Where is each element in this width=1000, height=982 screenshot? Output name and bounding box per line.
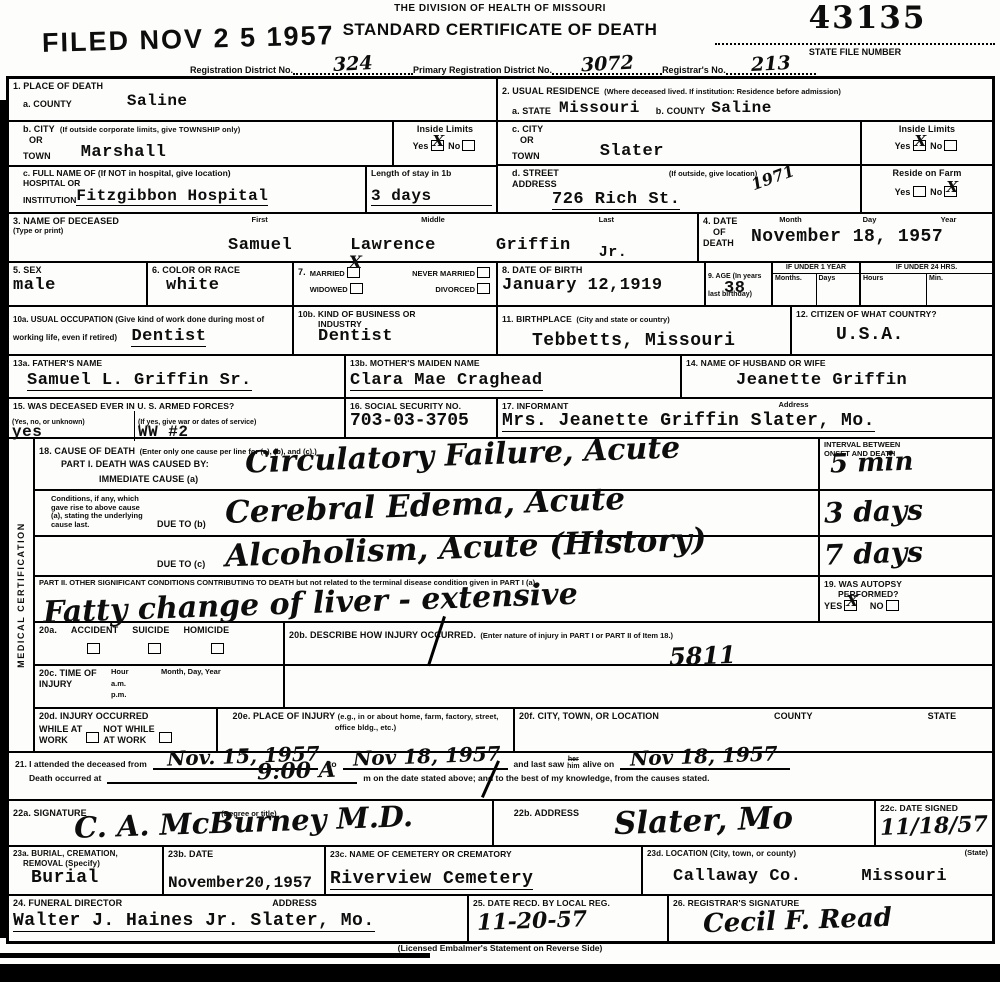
- section-date-of-birth: 8. DATE OF BIRTH January 12,1919: [498, 263, 706, 305]
- autopsy-no-label: NO: [870, 601, 884, 611]
- race-label: 6. COLOR OR RACE: [152, 265, 288, 276]
- deceased-last-label: Last: [520, 216, 693, 235]
- pm-label: p.m.: [111, 691, 151, 700]
- due-b-label: DUE TO (b): [157, 519, 206, 530]
- autopsy-yes-checkbox: X: [844, 600, 857, 611]
- dod-year-label: Year: [909, 216, 988, 225]
- autopsy-label2: PERFORMED?: [838, 589, 988, 599]
- autopsy-label1: 19. WAS AUTOPSY: [824, 579, 988, 589]
- res-inside-yes-checkbox: X: [913, 140, 926, 151]
- section-accident-suicide-homicide: 20a. ACCIDENT SUICIDE HOMICIDE: [35, 623, 285, 664]
- interval-b-value: 3 days: [823, 493, 923, 529]
- dod-value: November 18, 1957: [751, 227, 988, 247]
- homicide-label: HOMICIDE: [183, 625, 229, 636]
- not-while-label: NOT WHILE: [103, 724, 154, 735]
- deceased-middle-label: Middle: [346, 216, 519, 235]
- certificate-form: 1. PLACE OF DEATH a. COUNTY Saline b. CI…: [6, 76, 995, 944]
- pod-hospital-label3: INSTITUTION: [23, 196, 76, 206]
- date-received-value: 11-20-57: [477, 906, 588, 936]
- section-ssn: 16. SOCIAL SECURITY NO. 703-03-3705: [346, 399, 498, 437]
- section-attended: 21. I attended the deceased from Nov. 15…: [9, 753, 992, 801]
- section-sex: 5. SEX male: [9, 263, 148, 305]
- divorced-checkbox: [477, 283, 490, 294]
- informant-address-label: Address: [778, 401, 808, 411]
- section-physician-signature: 22a. SIGNATURE (Degree or title) C. A. M…: [9, 801, 494, 845]
- deceased-middle-value: Lawrence: [350, 236, 436, 261]
- married-checkbox: X: [347, 267, 360, 278]
- dod-title3: DEATH: [703, 238, 751, 249]
- res-inside-limits-label: Inside Limits: [866, 124, 988, 135]
- interval-a-value: 5 min: [830, 447, 914, 480]
- widowed-checkbox: [350, 283, 363, 294]
- pod-stay-label: Length of stay in 1b: [371, 169, 492, 179]
- ssn-value: 703-03-3705: [350, 411, 492, 431]
- deceased-first-value: Samuel: [228, 236, 292, 261]
- res-county-label: b. COUNTY: [656, 106, 705, 117]
- age-value: 38: [724, 279, 745, 298]
- section-birthplace: 11. BIRTHPLACE (City and state or countr…: [498, 307, 792, 354]
- section-place-of-death: 1. PLACE OF DEATH a. COUNTY Saline b. CI…: [9, 79, 498, 212]
- res-state-label: a. STATE: [512, 106, 551, 117]
- burial-value: Burial: [31, 868, 158, 888]
- attended-to-value: Nov 18, 1957: [352, 741, 500, 770]
- injury-work-label: 20d. INJURY OCCURRED: [39, 711, 212, 722]
- never-married-label: NEVER MARRIED: [412, 269, 475, 278]
- res-inside-no-checkbox: [944, 140, 957, 151]
- marital-num: 7.: [298, 267, 306, 294]
- attended-label6: m on the date stated above; and to the b…: [363, 774, 709, 784]
- res-county-value: Saline: [711, 99, 772, 117]
- never-married-checkbox: [477, 267, 490, 278]
- spouse-label: 14. NAME OF HUSBAND OR WIFE: [686, 358, 988, 368]
- registrar-signature-value: Cecil F. Read: [703, 903, 893, 940]
- not-while-at-work-checkbox: [159, 732, 172, 743]
- pod-inside-yes-checkbox: X: [431, 140, 444, 151]
- work-label: WORK: [39, 735, 82, 746]
- occupation-label: 10a. USUAL OCCUPATION: [13, 315, 113, 324]
- pod-city-label: b. CITY: [23, 124, 55, 134]
- occupation-value: Dentist: [131, 327, 206, 347]
- at-work-label: AT WORK: [103, 735, 154, 746]
- res-farm-label: Reside on Farm: [866, 168, 988, 179]
- attended-label5: Death occurred at: [29, 774, 101, 784]
- res-address-label: ADDRESS: [512, 179, 559, 190]
- accident-num: 20a.: [39, 625, 57, 636]
- injury-time-blank: [285, 666, 992, 707]
- section-time-of-injury: 20c. TIME OF INJURY Hour a.m. p.m. Month…: [35, 666, 285, 707]
- autopsy-no-checkbox: [886, 600, 899, 611]
- injury-time-label2: INJURY: [39, 679, 101, 690]
- funeral-director-label: 24. FUNERAL DIRECTOR: [13, 898, 122, 909]
- attended-label4: alive on: [583, 760, 615, 770]
- pod-yes-label: Yes: [413, 141, 429, 151]
- pod-stay-value: 3 days: [371, 187, 492, 206]
- date-signed-value: 11/18/57: [880, 811, 989, 841]
- deceased-subtitle: (Type or print): [13, 227, 173, 236]
- section-cemetery: 23c. NAME OF CEMETERY OR CREMATORY River…: [326, 847, 643, 894]
- attended-alive-value: Nov 18, 1957: [630, 741, 778, 770]
- section-informant: 17. INFORMANT Address Mrs. Jeanette Grif…: [498, 399, 992, 437]
- industry-value: Dentist: [318, 327, 492, 346]
- min-label: Min.: [927, 274, 992, 305]
- pod-inside-no-checkbox: [462, 140, 475, 151]
- section-physician-address: 22b. ADDRESS Slater, Mo: [494, 801, 876, 845]
- cemetery-label: 23c. NAME OF CEMETERY OR CREMATORY: [330, 849, 637, 859]
- mother-label: 13b. MOTHER'S MAIDEN NAME: [350, 358, 676, 368]
- injury-place-note: (e.g., in or about home, farm, factory, …: [335, 712, 499, 732]
- state-file-number-line: [715, 43, 995, 45]
- deceased-first-label: First: [173, 216, 346, 235]
- while-at-label: WHILE AT: [39, 724, 82, 735]
- section-registrar-signature: 26. REGISTRAR'S SIGNATURE Cecil F. Read: [669, 896, 992, 941]
- section-date-signed: 22c. DATE SIGNED 11/18/57: [876, 801, 992, 845]
- pod-town-label: TOWN: [23, 151, 51, 162]
- due-c-label: DUE TO (c): [157, 559, 205, 570]
- citizen-label: 12. CITIZEN OF WHAT COUNTRY?: [796, 309, 988, 319]
- while-at-work-checkbox: [86, 732, 99, 743]
- registrar-no-value: 213: [750, 55, 791, 74]
- suicide-label: SUICIDE: [132, 625, 169, 636]
- widowed-label: WIDOWED: [310, 285, 348, 294]
- burial-label1: 23a. BURIAL, CREMATION,: [13, 849, 158, 859]
- section-spouse: 14. NAME OF HUSBAND OR WIFE Jeanette Gri…: [682, 356, 992, 397]
- accident-checkbox: [87, 643, 100, 654]
- sex-label: 5. SEX: [13, 265, 142, 276]
- signature-value: C. A. McBurney M.D.: [74, 799, 414, 845]
- accident-label: ACCIDENT: [71, 625, 118, 636]
- injury-county-label: COUNTY: [774, 711, 813, 722]
- section-cause-of-death: 18. CAUSE OF DEATH (Enter only one cause…: [35, 439, 992, 623]
- hour-label: Hour: [111, 668, 151, 677]
- sex-value: male: [13, 276, 142, 295]
- injury-how-label: 20b. DESCRIBE HOW INJURY OCCURRED.: [289, 630, 476, 640]
- physician-address-value: Slater, Mo: [613, 800, 793, 842]
- section-armed-forces: 15. WAS DECEASED EVER IN U. S. ARMED FOR…: [9, 399, 346, 437]
- burial-location-value: Callaway Co.: [673, 867, 801, 886]
- race-value: white: [166, 276, 288, 295]
- address-label: 22b. ADDRESS: [514, 808, 579, 818]
- section-burial-date: 23b. DATE November20,1957: [164, 847, 326, 894]
- funeral-director-value: Walter J. Haines Jr. Slater, Mo.: [13, 911, 375, 932]
- res-street-scribble: 1971: [749, 161, 798, 197]
- res-city-label: c. CITY: [512, 124, 856, 135]
- injury-place-label: 20e. PLACE OF INJURY: [233, 711, 336, 721]
- res-title: 2. USUAL RESIDENCE: [502, 86, 600, 96]
- res-state-value: Missouri: [559, 99, 640, 117]
- injury-date-label: Month, Day, Year: [161, 668, 221, 700]
- medical-certification-label: MEDICAL CERTIFICATION: [16, 522, 26, 668]
- res-city-value: Slater: [600, 142, 664, 161]
- res-title-note: (Where deceased lived. If institution: R…: [604, 87, 841, 96]
- spouse-value: Jeanette Griffin: [736, 371, 988, 390]
- attended-label3: and last saw: [514, 760, 565, 770]
- reg-district-label: Registration District No.: [190, 65, 293, 75]
- pod-city-note: (If outside corporate limits, give TOWNS…: [60, 125, 240, 134]
- section-mother: 13b. MOTHER'S MAIDEN NAME Clara Mae Crag…: [346, 356, 682, 397]
- attended-label1: 21. I attended the deceased from: [15, 760, 147, 770]
- informant-label: 17. INFORMANT: [502, 401, 568, 411]
- section-if-under-24-hrs: IF UNDER 24 HRS. Hours Min.: [861, 263, 992, 305]
- birthplace-label: 11. BIRTHPLACE: [502, 314, 572, 324]
- res-street-value: 726 Rich St.: [552, 190, 680, 210]
- injury-how-note: (Enter nature of injury in PART I or PAR…: [480, 631, 673, 640]
- burial-date-label: 23b. DATE: [168, 849, 320, 860]
- injury-location-label: 20f. CITY, TOWN, OR LOCATION: [519, 711, 659, 722]
- homicide-checkbox: [211, 643, 224, 654]
- him-label: him: [567, 763, 579, 770]
- divorced-label: DIVORCED: [435, 285, 475, 294]
- birthplace-note: (City and state or country): [576, 315, 669, 324]
- section-injury-at-work: 20d. INJURY OCCURRED WHILE AT WORK NOT W…: [35, 709, 218, 751]
- section-funeral-director: 24. FUNERAL DIRECTOR ADDRESS Walter J. H…: [9, 896, 469, 941]
- section-autopsy: 19. WAS AUTOPSY PERFORMED? YESX NO: [820, 577, 992, 621]
- section-age: 9. AGE (In years last birthday) 38: [706, 263, 773, 305]
- section-citizen: 12. CITIZEN OF WHAT COUNTRY? U.S.A.: [792, 307, 992, 354]
- pod-inside-limits-label: Inside Limits: [398, 124, 492, 135]
- section-usual-residence: 2. USUAL RESIDENCE (Where deceased lived…: [498, 79, 992, 212]
- burial-state-label: (State): [965, 849, 988, 859]
- section-race: 6. COLOR OR RACE white: [148, 263, 294, 305]
- burial-location-state-value: Missouri: [861, 867, 947, 886]
- deceased-last-value: Griffin: [496, 236, 571, 261]
- section-industry: 10b. KIND OF BUSINESS OR INDUSTRY Dentis…: [294, 307, 498, 354]
- injury-state-label: STATE: [928, 711, 957, 722]
- cause-b-value: Cerebral Edema, Acute: [225, 484, 626, 529]
- pod-county-label: a. COUNTY: [23, 99, 72, 110]
- days-label: Days: [817, 274, 860, 305]
- res-street-label: d. STREET: [512, 168, 559, 179]
- section-occupation: 10a. USUAL OCCUPATION (Give kind of work…: [9, 307, 294, 354]
- registration-line: Registration District No. 324 Primary Re…: [190, 56, 995, 75]
- place-of-death-title: 1. PLACE OF DEATH: [13, 81, 492, 92]
- her-label: her: [568, 756, 579, 763]
- birth-label: 8. DATE OF BIRTH: [502, 265, 700, 276]
- citizen-value: U.S.A.: [836, 325, 988, 345]
- death-certificate-scan: THE DIVISION OF HEALTH OF MISSOURI STAND…: [0, 0, 1000, 982]
- primary-district-label: Primary Registration District No.: [413, 65, 552, 75]
- hours-label: Hours: [861, 274, 927, 305]
- injury-time-label1: 20c. TIME OF: [39, 668, 101, 679]
- under1-label: IF UNDER 1 YEAR: [773, 263, 859, 274]
- burial-label2: REMOVAL (Specify): [23, 859, 158, 869]
- death-time-value: 9:00 A: [257, 756, 337, 785]
- reg-district-value: 324: [333, 55, 374, 74]
- scan-edge-bottom: [0, 964, 1000, 982]
- birthplace-value: Tebbetts, Missouri: [532, 331, 786, 351]
- father-label: 13a. FATHER'S NAME: [13, 358, 340, 368]
- res-town-label: TOWN: [512, 151, 540, 162]
- deceased-suffix-value: Jr.: [599, 244, 628, 261]
- section-if-under-1-year: IF UNDER 1 YEAR Months. Days: [773, 263, 861, 305]
- medical-certification-strip: MEDICAL CERTIFICATION: [9, 439, 35, 751]
- am-label: a.m.: [111, 680, 151, 689]
- burial-date-value: November20,1957: [168, 874, 320, 892]
- res-farm-no-checkbox: X: [944, 186, 957, 197]
- pod-city-value: Marshall: [81, 143, 167, 162]
- industry-label: 10b. KIND OF BUSINESS OR: [298, 309, 492, 319]
- burial-location-label: 23d. LOCATION (City, town, or county): [647, 849, 796, 859]
- dod-title1: 4. DATE: [703, 216, 751, 227]
- married-label: MARRIED: [310, 269, 345, 278]
- section-date-of-death: 4. DATE OF DEATH Month Day Year November…: [699, 214, 992, 261]
- ssn-label: 16. SOCIAL SECURITY NO.: [350, 401, 492, 411]
- under24-label: IF UNDER 24 HRS.: [861, 263, 992, 274]
- conditions-note: Conditions, if any, which gave rise to a…: [51, 495, 153, 530]
- registrar-no-label: Registrar's No.: [662, 65, 726, 75]
- months-label: Months.: [773, 274, 817, 305]
- pod-county-value: Saline: [127, 92, 188, 110]
- immediate-cause-label: IMMEDIATE CAUSE (a): [99, 474, 814, 485]
- section-describe-injury: 20b. DESCRIBE HOW INJURY OCCURRED. (Ente…: [285, 623, 992, 664]
- interval-c-value: 7 days: [823, 535, 923, 571]
- state-file-number: 43135: [760, 0, 975, 36]
- section-burial-type: 23a. BURIAL, CREMATION, REMOVAL (Specify…: [9, 847, 164, 894]
- cause-title: 18. CAUSE OF DEATH: [39, 446, 135, 456]
- dod-month-label: Month: [751, 216, 830, 225]
- armed-forces-label: 15. WAS DECEASED EVER IN U. S. ARMED FOR…: [9, 399, 344, 411]
- informant-value: Mrs. Jeanette Griffin Slater, Mo.: [502, 411, 875, 432]
- pod-no-label: No: [448, 141, 460, 151]
- res-street-note: (If outside, give location): [669, 170, 757, 190]
- dod-title2: OF: [713, 227, 751, 238]
- cemetery-value: Riverview Cemetery: [330, 869, 533, 890]
- section-date-received: 25. DATE RECD. BY LOCAL REG. 11-20-57: [469, 896, 669, 941]
- res-farm-yes-checkbox: [913, 186, 926, 197]
- autopsy-yes-label: YES: [824, 601, 842, 611]
- section-father: 13a. FATHER'S NAME Samuel L. Griffin Sr.: [9, 356, 346, 397]
- primary-district-value: 3072: [580, 55, 634, 75]
- funeral-address-label: ADDRESS: [272, 898, 317, 909]
- section-marital-status: 7. MARRIEDX NEVER MARRIED WIDOWED DIVORC…: [294, 263, 498, 305]
- suicide-checkbox: [148, 643, 161, 654]
- father-value: Samuel L. Griffin Sr.: [27, 371, 252, 391]
- embalmer-footnote: (Licensed Embalmer's Statement on Revers…: [0, 944, 1000, 954]
- section-burial-location: 23d. LOCATION (City, town, or county) (S…: [643, 847, 992, 894]
- pod-hospital-value: Fitzgibbon Hospital: [76, 187, 268, 206]
- mother-value: Clara Mae Craghead: [350, 371, 543, 391]
- birth-value: January 12,1919: [502, 276, 700, 295]
- filed-date-stamp: FILED NOV 2 5 1957: [42, 20, 335, 59]
- dod-day-label: Day: [830, 216, 909, 225]
